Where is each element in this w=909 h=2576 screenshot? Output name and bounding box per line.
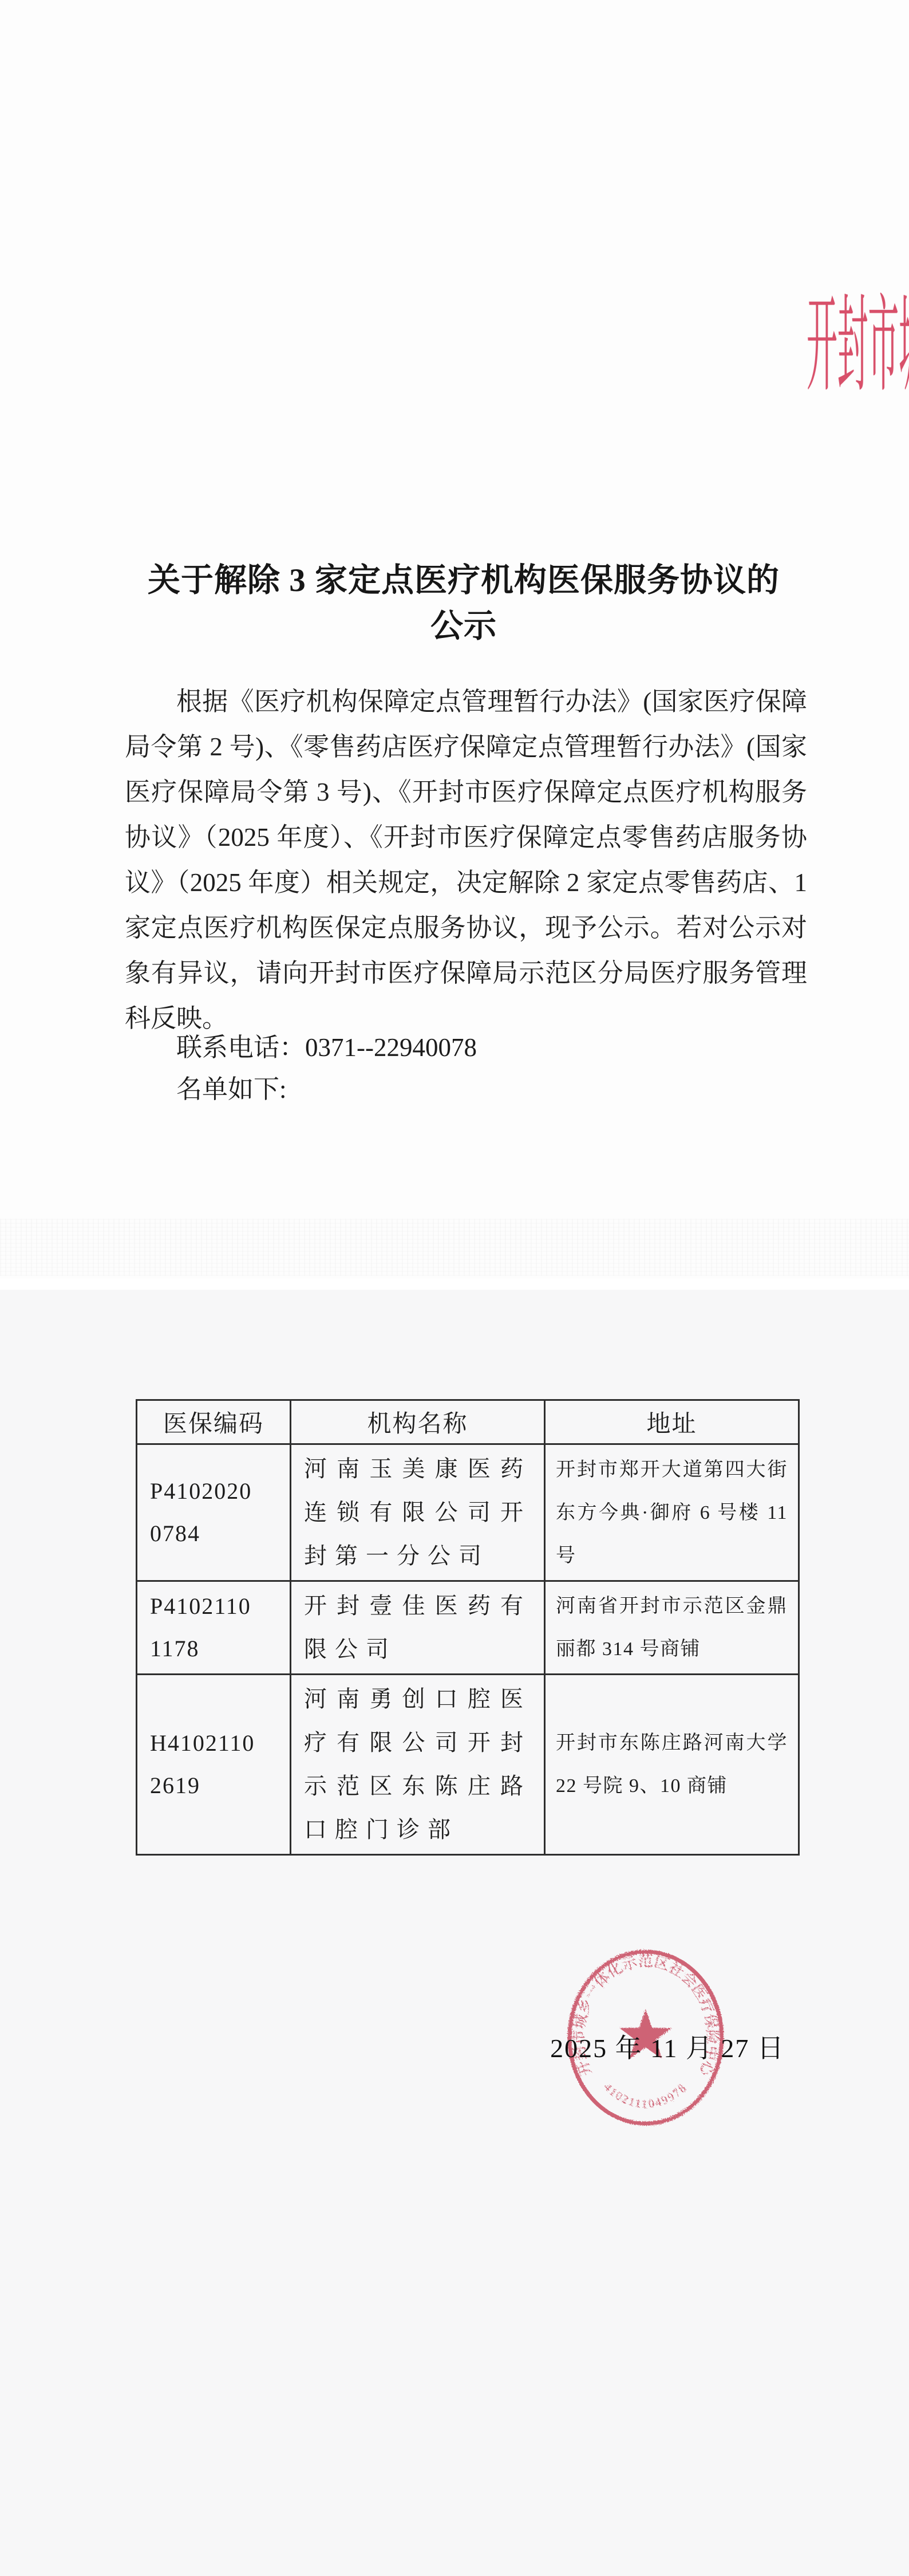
- letterhead-wrap: 开封市城乡一体化示范区社会医疗保险中心文件: [17, 293, 909, 399]
- document-title-line-1: 关于解除 3 家定点医疗机构医保服务协议的: [17, 558, 909, 604]
- roster-table: 医保编码 机构名称 地址 P4102020 0784 河南玉美康医药连锁有限公司…: [136, 1399, 800, 1856]
- address-cell: 开封市东陈庄路河南大学 22 号院 9、10 商铺: [545, 1675, 799, 1855]
- header-address: 地址: [545, 1400, 799, 1444]
- institution-name-cell: 河南勇创口腔医疗有限公司开封示范区东陈庄路口腔门诊部: [291, 1675, 545, 1855]
- institution-name-cell: 开封壹佳医药有限公司: [291, 1581, 545, 1675]
- header-institution-name: 机构名称: [291, 1400, 545, 1444]
- scanned-document: { "document": { "letterhead": "开封市城乡一体化示…: [0, 0, 909, 2576]
- svg-text:4102111049978: 4102111049978: [602, 2081, 690, 2110]
- insurance-code-cell: P4102110 1178: [137, 1581, 291, 1675]
- address-cell: 开封市郑开大道第四大街东方今典·御府 6 号楼 11 号: [545, 1444, 799, 1581]
- insurance-code-cell: P4102020 0784: [137, 1444, 291, 1581]
- address-cell: 河南省开封市示范区金鼎丽都 314 号商铺: [545, 1581, 799, 1675]
- document-title: 关于解除 3 家定点医疗机构医保服务协议的 公示: [17, 558, 909, 649]
- list-intro: 名单如下:: [125, 1072, 807, 1106]
- letterhead-title: 开封市城乡一体化示范区社会医疗保险中心文件: [807, 293, 909, 399]
- institution-name-cell: 河南玉美康医药连锁有限公司开封第一分公司: [291, 1444, 545, 1581]
- table-header-row: 医保编码 机构名称 地址: [137, 1400, 799, 1444]
- scan-edge-noise: [0, 1219, 909, 1276]
- seal-code: 4102111049978: [602, 2081, 690, 2110]
- contact-phone: 联系电话：0371--22940078: [125, 1030, 807, 1065]
- body-paragraph: 根据《医疗机构保障定点管理暂行办法》(国家医疗保障局令第 2 号)、《零售药店医…: [125, 679, 807, 1041]
- header-insurance-code: 医保编码: [137, 1400, 291, 1444]
- issue-date: 2025 年 11 月 27 日: [542, 2027, 793, 2065]
- insurance-code-cell: H4102110 2619: [137, 1675, 291, 1855]
- document-title-line-2: 公示: [17, 604, 909, 649]
- table-row: H4102110 2619 河南勇创口腔医疗有限公司开封示范区东陈庄路口腔门诊部…: [137, 1675, 799, 1855]
- page-gap: [0, 1278, 909, 1290]
- table-row: P4102020 0784 河南玉美康医药连锁有限公司开封第一分公司 开封市郑开…: [137, 1444, 799, 1581]
- table-row: P4102110 1178 开封壹佳医药有限公司 河南省开封市示范区金鼎丽都 3…: [137, 1581, 799, 1675]
